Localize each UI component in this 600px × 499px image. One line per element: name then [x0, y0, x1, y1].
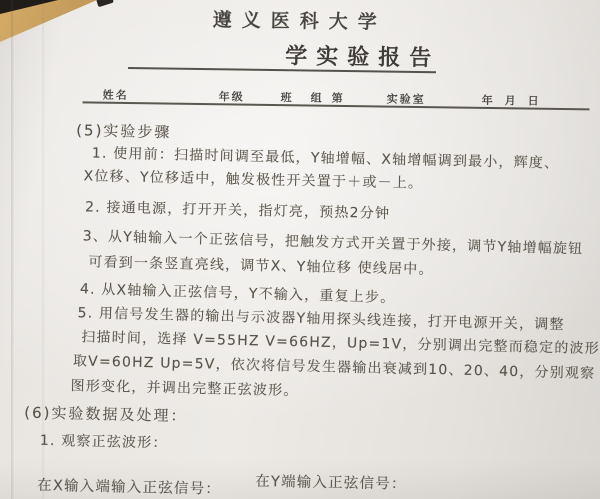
university-name: 遵义医科大学 — [0, 2, 600, 37]
field-label-group: 组 — [311, 90, 324, 106]
field-label-name: 姓名 — [103, 87, 129, 103]
field-label-grade: 年级 — [219, 88, 245, 104]
field-label-month: 月 — [505, 92, 518, 108]
field-label-year: 年 — [482, 92, 495, 108]
handwritten-line: X位移、Y位移适中，触发极性开关置于＋或－上。 — [83, 165, 423, 192]
field-label-no: 第 — [332, 90, 345, 106]
handwritten-line: 可看到一条竖直亮线，调节X、Y轴位移 使线居中。 — [88, 251, 434, 279]
field-label-class: 班 — [281, 89, 294, 105]
report-title: 学实验报告 — [285, 39, 440, 72]
section6-subheading: 1. 观察正弦波形： — [40, 430, 168, 453]
handwritten-line: 2. 接通电源，打开开关，指灯亮，预热2分钟 — [85, 196, 390, 223]
section6-heading: (6)实验数据及处理： — [24, 402, 188, 427]
handwritten-line: 图形变化，并调出完整正弦波形。 — [70, 375, 298, 400]
note-x-input-signal: 在X输入端输入正弦信号： — [37, 474, 221, 499]
field-label-day: 日 — [528, 93, 541, 109]
section5-heading: (5)实验步骤 — [76, 119, 172, 142]
note-y-input-signal: 在Y端输入正弦信号： — [255, 470, 407, 494]
field-label-lab: 实验室 — [387, 91, 426, 108]
photographed-lab-report: 遵义医科大学 学实验报告 姓名 年级 班 组 第 实验室 年 月 日 (5)实验… — [0, 0, 600, 499]
report-page: 遵义医科大学 学实验报告 姓名 年级 班 组 第 实验室 年 月 日 (5)实验… — [0, 0, 600, 499]
